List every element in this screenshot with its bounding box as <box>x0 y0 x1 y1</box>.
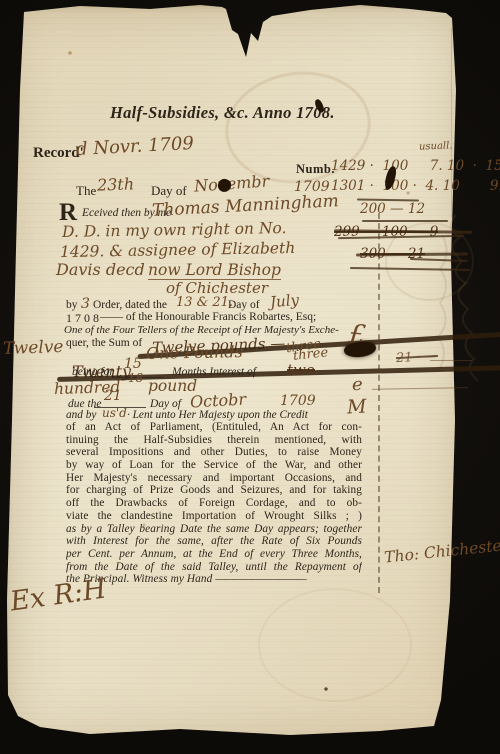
scanned-document-photo: Half-Subsidies, &c. Anno 1708. Record' d… <box>0 0 500 754</box>
body-line: several Impositions and other Duties, to… <box>66 446 362 459</box>
sum-rest-handwritten: One Pounds <box>146 342 243 363</box>
months-handwritten: 15 <box>124 356 142 372</box>
body-line1-handwritten: us'd <box>102 406 127 420</box>
order-line2: —— of the Honourable Francis Robartes, E… <box>100 311 316 323</box>
grantee-line-underlined: now Lord Bishop <box>148 261 281 280</box>
ring-stain <box>258 588 412 702</box>
due-day-handwritten: 21 <box>104 388 122 404</box>
margin-rule <box>430 360 472 361</box>
body-paragraph: of an Act of Parliament, (Entituled, An … <box>66 421 362 586</box>
form-right-border <box>378 213 380 593</box>
order-by: by <box>66 299 78 311</box>
body-line: off the Drawbacks of Foreign Cordage, an… <box>66 497 362 510</box>
body-line: per Cent. per Annum, at the End of every… <box>66 548 362 561</box>
order-count-handwritten: 3 <box>81 296 90 312</box>
body-line1-rest: · Lent unto Her Majesty upon the Credit <box>127 409 308 421</box>
order-day-of: Day of <box>228 299 260 311</box>
body-line: with Interest for the same, after the Ra… <box>66 535 362 548</box>
account-row: 200 — 12 <box>360 201 425 217</box>
dropcap-R: R <box>59 200 77 225</box>
order-line4: quer, the Sum of <box>66 337 142 349</box>
printed-the: The <box>76 183 96 199</box>
body-line: tinuing the Half-Subsidies therein menti… <box>66 434 362 447</box>
body-line: of an Act of Parliament, (Entituled, An … <box>66 421 362 434</box>
being-for: being for <box>72 366 114 378</box>
hundred-number: 18 <box>128 371 143 385</box>
numb-label: Numb. <box>296 162 335 177</box>
printed-day-of: Day of <box>151 183 187 199</box>
body-line: for charging of Prize Goods and Seizures… <box>66 484 362 497</box>
margin-struck-note: 21 · — <box>396 349 439 366</box>
signature-rule: —————————— <box>215 573 305 585</box>
margin-mark-e: e <box>352 374 363 395</box>
grantee-line: Davis decd <box>56 260 145 279</box>
account-row: 1429 · 100 7. 10 · 15. <box>331 158 500 174</box>
body-line: Her Majesty's necessary and important Oc… <box>66 472 362 485</box>
body-line: viate the clandestine Importation of Wro… <box>66 510 362 523</box>
body-line1-pre: and by <box>66 409 96 421</box>
body-last-line: the Principal. Witness my Hand —————————… <box>66 573 362 586</box>
marginal-note-usuall: usuall. <box>419 140 453 152</box>
day-handwritten: 23th <box>97 174 135 194</box>
principal-struck: two <box>287 361 315 379</box>
body-line: as by a Talley bearing Date the same Day… <box>66 523 362 536</box>
document-title: Half-Subsidies, &c. Anno 1708. <box>110 103 335 123</box>
body-line: by way of Loan for the Service of the Wa… <box>66 459 362 472</box>
order-month-handwritten: July <box>269 291 299 311</box>
order-mid: Order, dated the <box>93 299 167 311</box>
due-year-handwritten: 1709 <box>280 393 316 409</box>
order-days-handwritten: 13 & 21. <box>176 295 233 310</box>
body-line: from the Date of the said Talley, until … <box>66 561 362 574</box>
margin-mark-m: M <box>346 396 367 419</box>
account-rule <box>362 220 448 222</box>
sum-margin-handwritten: Twelve <box>3 337 64 359</box>
account-row: 1301 · 100 · 4. 10 9. <box>331 178 500 194</box>
